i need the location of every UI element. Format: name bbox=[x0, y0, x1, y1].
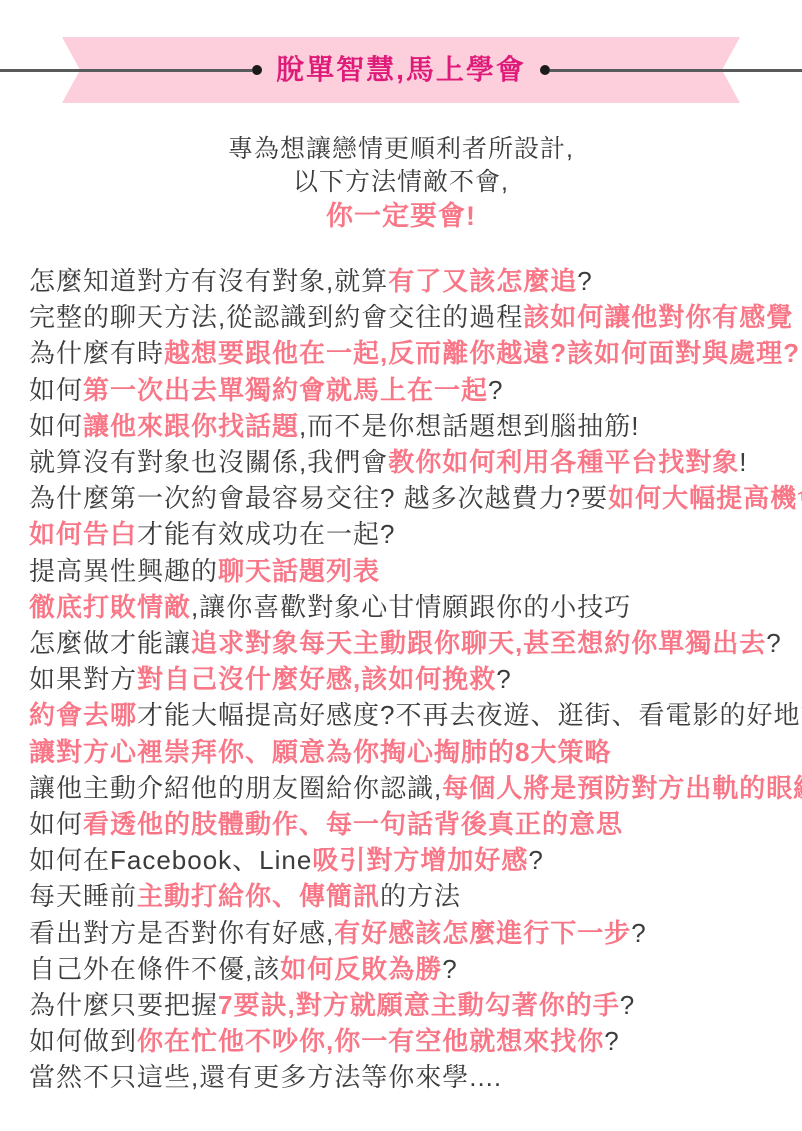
highlighted-text: 吸引對方增加好感 bbox=[312, 845, 528, 875]
list-item: 自己外在條件不優,該如何反敗為勝? bbox=[29, 951, 796, 987]
list-item: 看出對方是否對你有好感,有好感該怎麼進行下一步? bbox=[29, 915, 796, 951]
list-item: 為什麼只要把握7要訣,對方就願意主動勾著你的手? bbox=[29, 987, 796, 1023]
highlighted-text: 第一次出去單獨約會就馬上在一起 bbox=[83, 375, 488, 405]
plain-text: 怎麼知道對方有沒有對象,就算 bbox=[29, 266, 388, 296]
banner-title-row: 脫單智慧,馬上學會 bbox=[0, 52, 802, 88]
list-item: 就算沒有對象也沒關係,我們會教你如何利用各種平台找對象! bbox=[29, 444, 796, 480]
plain-text: ? bbox=[442, 954, 457, 984]
highlighted-text: 看透他的肢體動作、每一句話背後真正的意思 bbox=[83, 809, 623, 839]
plain-text: ? bbox=[488, 375, 503, 405]
divider-line-left bbox=[0, 69, 252, 72]
plain-text: 完整的聊天方法,從認識到約會交往的過程 bbox=[29, 302, 523, 332]
highlighted-text: 如何反敗為勝 bbox=[280, 954, 442, 984]
highlighted-text: 讓他來跟你找話題 bbox=[83, 411, 299, 441]
plain-text: 看出對方是否對你有好感, bbox=[29, 918, 334, 948]
plain-text: 的方法 bbox=[380, 881, 461, 911]
plain-text: 如果對方 bbox=[29, 664, 137, 694]
plain-text: ! bbox=[739, 447, 747, 477]
highlighted-text: 讓對方心裡崇拜你、願意為你掏心掏肺的8大策略 bbox=[29, 737, 611, 767]
plain-text: ,讓你喜歡對象心甘情願跟你的小技巧 bbox=[191, 592, 631, 622]
plain-text: 當然不只這些,還有更多方法等你來學.... bbox=[29, 1062, 502, 1092]
list-item: 約會去哪才能大幅提高好感度?不再去夜遊、逛街、看電影的好地方 bbox=[29, 697, 796, 733]
plain-text: 為什麼只要把握 bbox=[29, 990, 218, 1020]
list-item: 如何告白才能有效成功在一起? bbox=[29, 516, 796, 552]
plain-text: 每天睡前 bbox=[29, 881, 137, 911]
plain-text: 為什麼有時 bbox=[29, 338, 164, 368]
bullet-dot-icon bbox=[252, 65, 262, 75]
highlighted-text: 聊天話題列表 bbox=[218, 556, 380, 586]
highlighted-text: 如何大幅提高機會 bbox=[608, 483, 802, 513]
plain-text: ? bbox=[766, 628, 781, 658]
plain-text: ? bbox=[631, 918, 646, 948]
highlighted-text: 主動打給你、傳簡訊 bbox=[137, 881, 380, 911]
highlighted-text: 越想要跟他在一起,反而離你越遠?該如何面對與處理? bbox=[164, 338, 800, 368]
intro-line-2: 以下方法情敵不會, bbox=[0, 166, 802, 199]
highlighted-text: 你在忙他不吵你,你一有空他就想來找你 bbox=[137, 1026, 604, 1056]
headline-list: 怎麼知道對方有沒有對象,就算有了又該怎麼追?完整的聊天方法,從認識到約會交往的過… bbox=[0, 263, 802, 1096]
intro-line-3-accent: 你一定要會! bbox=[0, 199, 802, 233]
highlighted-text: 教你如何利用各種平台找對象 bbox=[388, 447, 739, 477]
list-item: 徹底打敗情敵,讓你喜歡對象心甘情願跟你的小技巧 bbox=[29, 589, 796, 625]
plain-text: 怎麼做才能讓 bbox=[29, 628, 191, 658]
highlighted-text: 有好感該怎麼進行下一步 bbox=[334, 918, 631, 948]
list-item: 完整的聊天方法,從認識到約會交往的過程該如何讓他對你有感覺 bbox=[29, 299, 796, 335]
divider-line-right bbox=[550, 69, 802, 72]
list-item: 怎麼做才能讓追求對象每天主動跟你聊天,甚至想約你單獨出去? bbox=[29, 625, 796, 661]
list-item: 讓對方心裡崇拜你、願意為你掏心掏肺的8大策略 bbox=[29, 734, 796, 770]
plain-text: 如何 bbox=[29, 411, 83, 441]
highlighted-text: 如何告白 bbox=[29, 519, 137, 549]
list-item: 為什麼有時越想要跟他在一起,反而離你越遠?該如何面對與處理? bbox=[29, 335, 796, 371]
highlighted-text: 該如何讓他對你有感覺 bbox=[523, 302, 793, 332]
highlighted-text: 有了又該怎麼追 bbox=[388, 266, 577, 296]
intro-line-1: 專為想讓戀情更順利者所設計, bbox=[0, 133, 802, 166]
plain-text: 為什麼第一次約會最容易交往? 越多次越費力?要 bbox=[29, 483, 608, 513]
plain-text: ? bbox=[528, 845, 543, 875]
plain-text: 如何做到 bbox=[29, 1026, 137, 1056]
list-item: 怎麼知道對方有沒有對象,就算有了又該怎麼追? bbox=[29, 263, 796, 299]
plain-text: ? bbox=[496, 664, 511, 694]
plain-text: 才能有效成功在一起? bbox=[137, 519, 395, 549]
list-item: 如何在Facebook、Line吸引對方增加好感? bbox=[29, 842, 796, 878]
list-item: 讓他主動介紹他的朋友圈給你認識,每個人將是預防對方出軌的眼線 bbox=[29, 770, 796, 806]
list-item: 提高異性興趣的聊天話題列表 bbox=[29, 553, 796, 589]
list-item: 如果對方對自己沒什麼好感,該如何挽救? bbox=[29, 661, 796, 697]
plain-text: 才能大幅提高好感度?不再去夜遊、逛街、看電影的好地方 bbox=[137, 700, 802, 730]
promo-page: 脫單智慧,馬上學會 專為想讓戀情更順利者所設計, 以下方法情敵不會, 你一定要會… bbox=[0, 0, 802, 1131]
plain-text: 如何在Facebook、Line bbox=[29, 845, 312, 875]
list-item: 如何第一次出去單獨約會就馬上在一起? bbox=[29, 372, 796, 408]
highlighted-text: 徹底打敗情敵 bbox=[29, 592, 191, 622]
list-item: 如何看透他的肢體動作、每一句話背後真正的意思 bbox=[29, 806, 796, 842]
list-item: 當然不只這些,還有更多方法等你來學.... bbox=[29, 1059, 796, 1095]
highlighted-text: 7要訣,對方就願意主動勾著你的手 bbox=[218, 990, 620, 1020]
plain-text: ? bbox=[604, 1026, 619, 1056]
highlighted-text: 每個人將是預防對方出軌的眼線 bbox=[442, 773, 802, 803]
plain-text: 如何 bbox=[29, 809, 83, 839]
list-item: 每天睡前主動打給你、傳簡訊的方法 bbox=[29, 878, 796, 914]
page-title: 脫單智慧,馬上學會 bbox=[276, 52, 526, 88]
highlighted-text: 對自己沒什麼好感,該如何挽救 bbox=[137, 664, 496, 694]
plain-text: ? bbox=[620, 990, 635, 1020]
plain-text: ? bbox=[577, 266, 592, 296]
list-item: 如何讓他來跟你找話題,而不是你想話題想到腦抽筋! bbox=[29, 408, 796, 444]
highlighted-text: 追求對象每天主動跟你聊天,甚至想約你單獨出去 bbox=[191, 628, 766, 658]
list-item: 如何做到你在忙他不吵你,你一有空他就想來找你? bbox=[29, 1023, 796, 1059]
plain-text: 提高異性興趣的 bbox=[29, 556, 218, 586]
bullet-dot-icon bbox=[540, 65, 550, 75]
plain-text: ,而不是你想話題想到腦抽筋! bbox=[299, 411, 639, 441]
banner: 脫單智慧,馬上學會 bbox=[0, 0, 802, 133]
plain-text: 如何 bbox=[29, 375, 83, 405]
list-item: 為什麼第一次約會最容易交往? 越多次越費力?要如何大幅提高機會 bbox=[29, 480, 796, 516]
highlighted-text: 約會去哪 bbox=[29, 700, 137, 730]
intro-block: 專為想讓戀情更順利者所設計, 以下方法情敵不會, 你一定要會! bbox=[0, 133, 802, 233]
plain-text: 就算沒有對象也沒關係,我們會 bbox=[29, 447, 388, 477]
plain-text: 自己外在條件不優,該 bbox=[29, 954, 280, 984]
plain-text: 讓他主動介紹他的朋友圈給你認識, bbox=[29, 773, 442, 803]
